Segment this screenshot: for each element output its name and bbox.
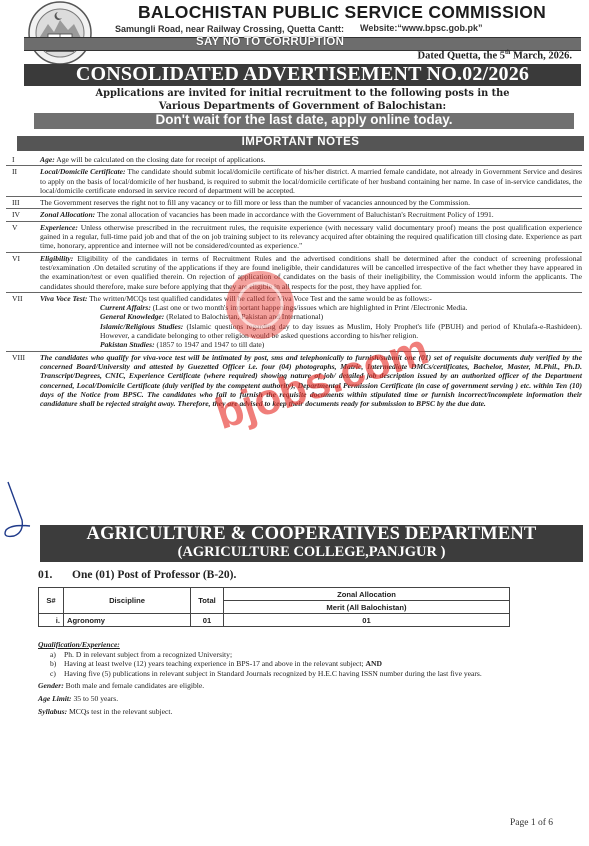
note-text: The written/MCQs test qualified candidat…	[87, 294, 431, 303]
subject-label: Islamic/Religious Studies:	[100, 322, 183, 331]
slogan-text: SAY NO TO CORRUPTION	[196, 36, 344, 48]
subject-label: General Knowledge:	[100, 312, 164, 321]
note-text: The zonal allocation of vacancies has be…	[95, 210, 494, 219]
item-text: Having at least twelve (12) years teachi…	[64, 659, 366, 668]
syllabus-label: Syllabus:	[38, 707, 67, 716]
qualification-heading: Qualification/Experience:	[38, 640, 583, 650]
note-number: III	[12, 198, 20, 207]
important-notes-list: I Age: Age will be calculated on the clo…	[6, 155, 582, 410]
organization-address: Samungli Road, near Railway Crossing, Qu…	[115, 24, 344, 34]
age-limit-label: Age Limit:	[38, 694, 72, 703]
note-text: Unless otherwise prescribed in the recru…	[40, 223, 582, 251]
list-item: c)Having five (5) publications in releva…	[50, 669, 583, 679]
allocation-table: S# Discipline Total Zonal Allocation Mer…	[38, 587, 510, 627]
cell-sno: i.	[39, 614, 64, 627]
website-link[interactable]: Website:“www.bpsc.gob.pk”	[360, 23, 483, 33]
qualification-section: Qualification/Experience: a)Ph. D in rel…	[38, 640, 583, 716]
cell-discipline: Agronomy	[64, 614, 191, 627]
note-item: VIII The candidates who qualify for viva…	[6, 353, 582, 410]
note-label: Experience:	[40, 223, 78, 232]
note-number: V	[12, 223, 17, 232]
header-discipline: Discipline	[64, 588, 191, 614]
date-suffix: March, 2026.	[510, 51, 572, 62]
subject-label: Current Affairs:	[100, 303, 151, 312]
intro-line-1: Applications are invited for initial rec…	[30, 87, 575, 100]
gender-text: Both male and female candidates are elig…	[64, 681, 204, 690]
note-label: Viva Voce Test:	[40, 294, 87, 303]
note-label: Age:	[40, 155, 55, 164]
item-marker: b)	[50, 659, 56, 669]
cell-merit: 01	[224, 614, 510, 627]
note-number: IV	[12, 210, 20, 219]
note-number: VII	[12, 294, 23, 303]
list-item: b)Having at least twelve (12) years teac…	[50, 659, 583, 669]
note-item: III The Government reserves the right no…	[6, 198, 582, 209]
date-prefix: Dated Quetta, the 5	[418, 51, 506, 62]
subject-text: (1857 to 1947 and 1947 to till date)	[155, 340, 265, 349]
viva-subject: Islamic/Religious Studies: (Islamic ques…	[40, 322, 582, 341]
note-item: VII Viva Voce Test: The written/MCQs tes…	[6, 294, 582, 352]
viva-subject: Pakistan Studies: (1857 to 1947 and 1947…	[40, 340, 582, 349]
note-number: VI	[12, 254, 20, 263]
viva-subject: Current Affairs: (Last one or two month'…	[40, 303, 582, 312]
gender-line: Gender: Both male and female candidates …	[38, 681, 583, 691]
note-text: Eligibility of the candidates in terms o…	[40, 254, 582, 291]
note-item: II Local/Domicile Certificate: The candi…	[6, 167, 582, 197]
note-text: The candidates who qualify for viva-voce…	[40, 353, 582, 408]
item-emphasis: AND	[366, 659, 382, 668]
viva-subject: General Knowledge: (Related to Balochist…	[40, 312, 582, 321]
qualification-list: a)Ph. D in relevant subject from a recog…	[38, 650, 583, 679]
note-item: VI Eligibility: Eligibility of the candi…	[6, 254, 582, 293]
header-sno: S#	[39, 588, 64, 614]
note-item: IV Zonal Allocation: The zonal allocatio…	[6, 210, 582, 221]
item-marker: c)	[50, 669, 56, 679]
subject-text: (Last one or two month's important happe…	[151, 303, 468, 312]
header-merit: Merit (All Balochistan)	[224, 601, 510, 614]
date-line: Dated Quetta, the 5th March, 2026.	[418, 50, 572, 62]
list-item: a)Ph. D in relevant subject from a recog…	[50, 650, 583, 660]
post-heading: 01.One (01) Post of Professor (B-20).	[38, 569, 236, 581]
post-number: 01.	[38, 569, 72, 581]
header-total: Total	[191, 588, 224, 614]
post-title: One (01) Post of Professor (B-20).	[72, 569, 236, 581]
pen-mark-icon	[0, 480, 40, 550]
apply-online-text: Don't wait for the last date, apply onli…	[34, 112, 574, 127]
age-limit-line: Age Limit: 35 to 50 years.	[38, 694, 583, 704]
age-limit-text: 35 to 50 years.	[72, 694, 119, 703]
subject-text: (Related to Balochistan, Pakistan and In…	[164, 312, 323, 321]
note-item: I Age: Age will be calculated on the clo…	[6, 155, 582, 166]
department-subtitle: (AGRICULTURE COLLEGE,PANJGUR )	[40, 544, 583, 561]
advertisement-page: BALOCHISTAN PUBLIC SERVICE COMMISSION Sa…	[0, 0, 589, 846]
syllabus-line: Syllabus: MCQs test in the relevant subj…	[38, 707, 583, 717]
page-number: Page 1 of 6	[510, 818, 553, 828]
note-label: Local/Domicile Certificate:	[40, 167, 126, 176]
note-text: Age will be calculated on the closing da…	[55, 155, 266, 164]
item-marker: a)	[50, 650, 56, 660]
table-row: i. Agronomy 01 01	[39, 614, 510, 627]
advertisement-title: CONSOLIDATED ADVERTISEMENT NO.02/2026	[24, 63, 581, 86]
subject-label: Pakistan Studies:	[100, 340, 155, 349]
note-text: The Government reserves the right not to…	[40, 198, 470, 207]
note-number: VIII	[12, 353, 25, 362]
organization-name: BALOCHISTAN PUBLIC SERVICE COMMISSION	[97, 2, 587, 23]
note-item: V Experience: Unless otherwise prescribe…	[6, 223, 582, 253]
note-number: II	[12, 167, 17, 176]
intro-text: Applications are invited for initial rec…	[30, 87, 575, 113]
item-text: Having five (5) publications in relevant…	[64, 669, 482, 678]
syllabus-text: MCQs test in the relevant subject.	[67, 707, 172, 716]
gender-label: Gender:	[38, 681, 64, 690]
cell-total: 01	[191, 614, 224, 627]
bpsc-logo-icon	[20, 0, 100, 68]
item-text: Ph. D in relevant subject from a recogni…	[64, 650, 232, 659]
note-label: Zonal Allocation:	[40, 210, 95, 219]
important-notes-title: IMPORTANT NOTES	[17, 136, 584, 148]
department-title: AGRICULTURE & COOPERATIVES DEPARTMENT	[40, 525, 583, 544]
header-zonal-allocation: Zonal Allocation	[224, 588, 510, 601]
note-label: Eligibility:	[40, 254, 73, 263]
note-number: I	[12, 155, 15, 164]
